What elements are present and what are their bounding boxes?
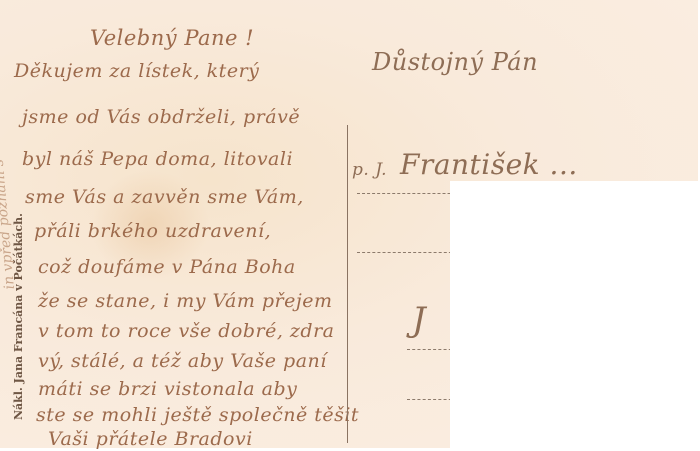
address-initial: J <box>412 300 426 340</box>
message-line: což doufáme v Pána Boha <box>38 256 296 278</box>
message-line: byl náš Pepa doma, litovali <box>22 148 293 170</box>
message-line: vý, stálé, a též aby Vaše paní <box>38 350 327 372</box>
message-line: sme Vás a zavvěn sme Vám, <box>25 186 304 208</box>
message-greeting: Velebný Pane ! <box>90 26 254 50</box>
publisher-imprint: Nákl. Jana Francána v Počátkách. <box>12 213 25 420</box>
address-salutation: Důstojný Pán <box>372 48 538 76</box>
divider-line <box>347 125 348 443</box>
message-line: Děkujem za lístek, který <box>14 60 259 82</box>
message-line: jsme od Vás obdrželi, právě <box>22 106 300 128</box>
message-line: že se stane, i my Vám přejem <box>38 290 333 312</box>
message-closing: Vaši přátele Bradovi <box>48 428 253 450</box>
address-prefix: p. J. <box>352 160 387 180</box>
message-line: přáli brkého uzdravení, <box>34 220 271 242</box>
message-line: máti se brzi vistonala aby <box>38 378 297 400</box>
redacted-area <box>450 181 700 451</box>
address-line-2 <box>357 252 457 253</box>
message-line: ste se mohli ještě společně těšit <box>36 404 359 426</box>
address-name: František ... <box>400 148 578 181</box>
message-line: v tom to roce vše dobré, zdra <box>38 320 335 342</box>
